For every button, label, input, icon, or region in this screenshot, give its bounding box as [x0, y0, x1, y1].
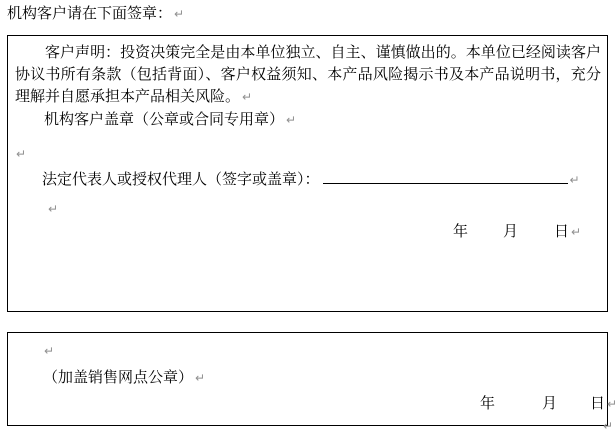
date-year-label: 年 [453, 224, 468, 240]
client-declaration-paragraph: 客户声明：投资决策完全是由本单位独立、自主、谨慎做出的。本单位已经阅读客户协议书… [15, 42, 601, 108]
legal-representative-line: 法定代表人或授权代理人（签字或盖章）：↵ [42, 169, 580, 191]
page-title-line: 机构客户请在下面签章：↵ [7, 3, 184, 25]
sales-outlet-signature-box: ↵ （加盖销售网点公章）↵ 年月日↵ [7, 332, 608, 426]
paragraph-mark-icon: ↵ [284, 113, 296, 127]
paragraph-mark-icon: ↵ [603, 420, 613, 432]
institution-seal-label: 机构客户盖章（公章或合同专用章） [44, 112, 284, 128]
paragraph-mark-icon: ↵ [605, 397, 616, 411]
paragraph-mark-icon: ↵ [193, 371, 205, 385]
sales-outlet-seal-line: （加盖销售网点公章）↵ [43, 367, 205, 389]
institution-signature-box: 客户声明：投资决策完全是由本单位独立、自主、谨慎做出的。本单位已经阅读客户协议书… [7, 35, 608, 312]
paragraph-mark-icon: ↵ [172, 7, 184, 21]
document-page: { "page": { "title": "机构客户请在下面签章：" }, "m… [0, 0, 616, 441]
date-month-label: 月 [542, 396, 557, 412]
outlet-date-line: 年月日↵ [480, 393, 616, 415]
paragraph-mark-icon: ↵ [44, 345, 54, 357]
paragraph-mark-icon: ↵ [569, 225, 581, 239]
sales-outlet-seal-label: （加盖销售网点公章） [43, 370, 193, 386]
paragraph-mark-icon: ↵ [16, 148, 26, 160]
legal-representative-label: 法定代表人或授权代理人（签字或盖章）： [42, 172, 320, 188]
page-title: 机构客户请在下面签章： [7, 6, 172, 22]
signature-blank-line[interactable] [323, 169, 568, 184]
client-declaration-text: 客户声明：投资决策完全是由本单位独立、自主、谨慎做出的。本单位已经阅读客户协议书… [15, 45, 601, 105]
paragraph-mark-icon: ↵ [48, 203, 58, 215]
paragraph-mark-icon: ↵ [240, 90, 252, 104]
date-month-label: 月 [503, 224, 518, 240]
date-day-label: 日 [590, 396, 605, 412]
institution-seal-line: 机构客户盖章（公章或合同专用章）↵ [44, 109, 296, 131]
paragraph-mark-icon: ↵ [568, 173, 580, 187]
institution-date-line: 年月日↵ [453, 221, 581, 243]
date-year-label: 年 [480, 396, 495, 412]
date-day-label: 日 [554, 224, 569, 240]
